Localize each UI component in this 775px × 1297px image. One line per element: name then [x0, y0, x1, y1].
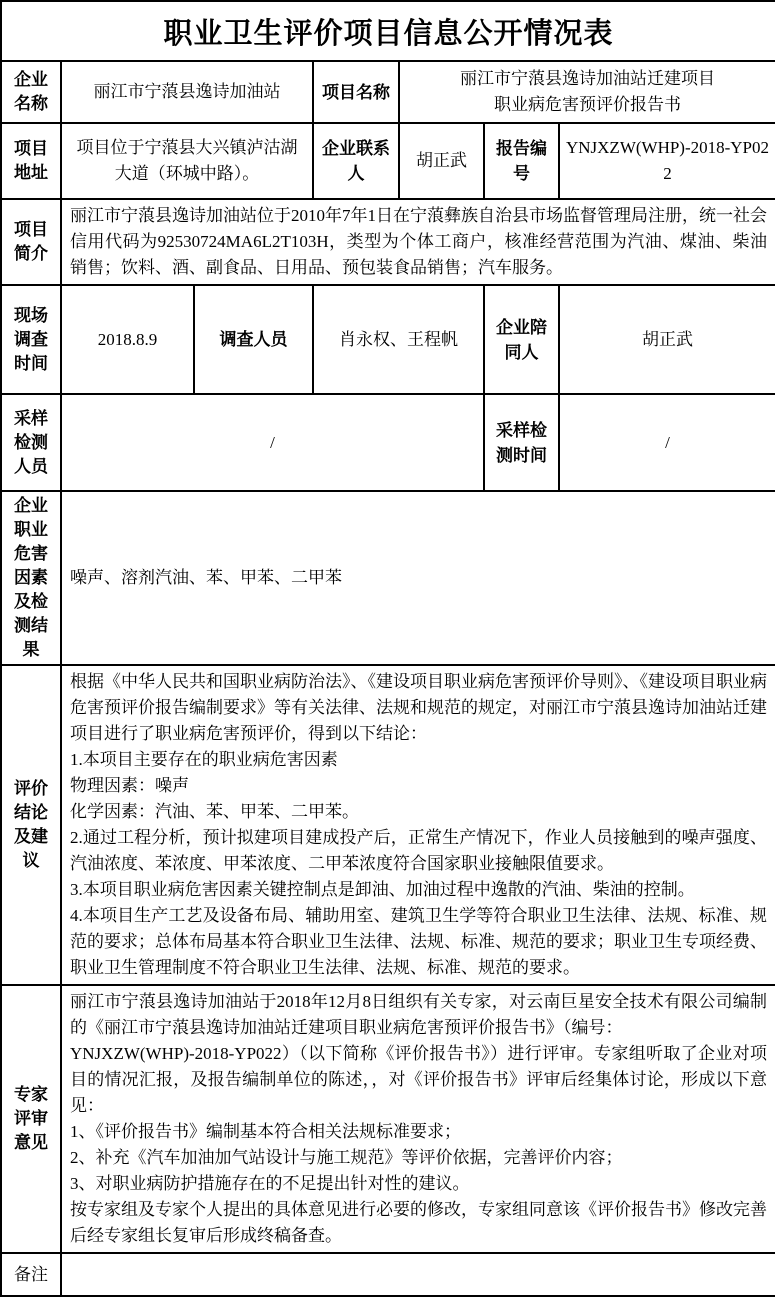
project-name-label: 项目名称	[313, 61, 399, 123]
hazards-value: 噪声、溶剂汽油、苯、甲苯、二甲苯	[61, 491, 775, 665]
report-no-label: 报告编号	[484, 123, 559, 199]
sampling-staff-label: 采样检测人员	[1, 394, 61, 491]
survey-date-value: 2018.8.9	[61, 285, 194, 394]
sampling-time-label: 采样检测时间	[484, 394, 559, 491]
conclusion-label: 评价结论及建议	[1, 665, 61, 985]
enterprise-name-label: 企业名称	[1, 61, 61, 123]
expert-review-value: 丽江市宁蒗县逸诗加油站于2018年12月8日组织有关专家，对云南巨星安全技术有限…	[61, 985, 775, 1253]
sampling-staff-value: /	[61, 394, 484, 491]
sampling-time-value: /	[559, 394, 775, 491]
survey-row: 现场调查时间 2018.8.9 调查人员 肖永权、王程帆 企业陪同人 胡正武	[1, 285, 775, 394]
remark-label: 备注	[1, 1253, 61, 1296]
title-row: 职业卫生评价项目信息公开情况表	[1, 1, 775, 61]
intro-row: 项目简介 丽江市宁蒗县逸诗加油站位于2010年7年1日在宁蒗彝族自治县市场监督管…	[1, 199, 775, 285]
hazards-label: 企业职业危害因素及检测结果	[1, 491, 61, 665]
survey-staff-label: 调查人员	[194, 285, 313, 394]
project-address-value: 项目位于宁蒗县大兴镇泸沽湖大道（环城中路）。	[61, 123, 313, 199]
report-no-value: YNJXZW(WHP)-2018-YP022	[559, 123, 775, 199]
address-row: 项目地址 项目位于宁蒗县大兴镇泸沽湖大道（环城中路）。 企业联系人 胡正武 报告…	[1, 123, 775, 199]
survey-time-label: 现场调查时间	[1, 285, 61, 394]
escort-label: 企业陪同人	[484, 285, 559, 394]
escort-value: 胡正武	[559, 285, 775, 394]
sampling-row: 采样检测人员 / 采样检测时间 /	[1, 394, 775, 491]
survey-staff-value: 肖永权、王程帆	[313, 285, 484, 394]
project-intro-label: 项目简介	[1, 199, 61, 285]
enterprise-row: 企业名称 丽江市宁蒗县逸诗加油站 项目名称 丽江市宁蒗县逸诗加油站迁建项目 职业…	[1, 61, 775, 123]
project-intro-value: 丽江市宁蒗县逸诗加油站位于2010年7年1日在宁蒗彝族自治县市场监督管理局注册，…	[61, 199, 775, 285]
contact-value: 胡正武	[399, 123, 484, 199]
hazards-row: 企业职业危害因素及检测结果 噪声、溶剂汽油、苯、甲苯、二甲苯	[1, 491, 775, 665]
info-disclosure-table: 职业卫生评价项目信息公开情况表 企业名称 丽江市宁蒗县逸诗加油站 项目名称 丽江…	[0, 0, 775, 1297]
page-title: 职业卫生评价项目信息公开情况表	[1, 1, 775, 61]
conclusion-row: 评价结论及建议 根据《中华人民共和国职业病防治法》、《建设项目职业病危害预评价导…	[1, 665, 775, 985]
contact-label: 企业联系人	[313, 123, 399, 199]
conclusion-value: 根据《中华人民共和国职业病防治法》、《建设项目职业病危害预评价导则》、《建设项目…	[61, 665, 775, 985]
project-name-value: 丽江市宁蒗县逸诗加油站迁建项目 职业病危害预评价报告书	[399, 61, 775, 123]
expert-review-label: 专家评审意见	[1, 985, 61, 1253]
project-address-label: 项目地址	[1, 123, 61, 199]
expert-row: 专家评审意见 丽江市宁蒗县逸诗加油站于2018年12月8日组织有关专家，对云南巨…	[1, 985, 775, 1253]
remark-row: 备注	[1, 1253, 775, 1296]
remark-value	[61, 1253, 775, 1296]
enterprise-name-value: 丽江市宁蒗县逸诗加油站	[61, 61, 313, 123]
